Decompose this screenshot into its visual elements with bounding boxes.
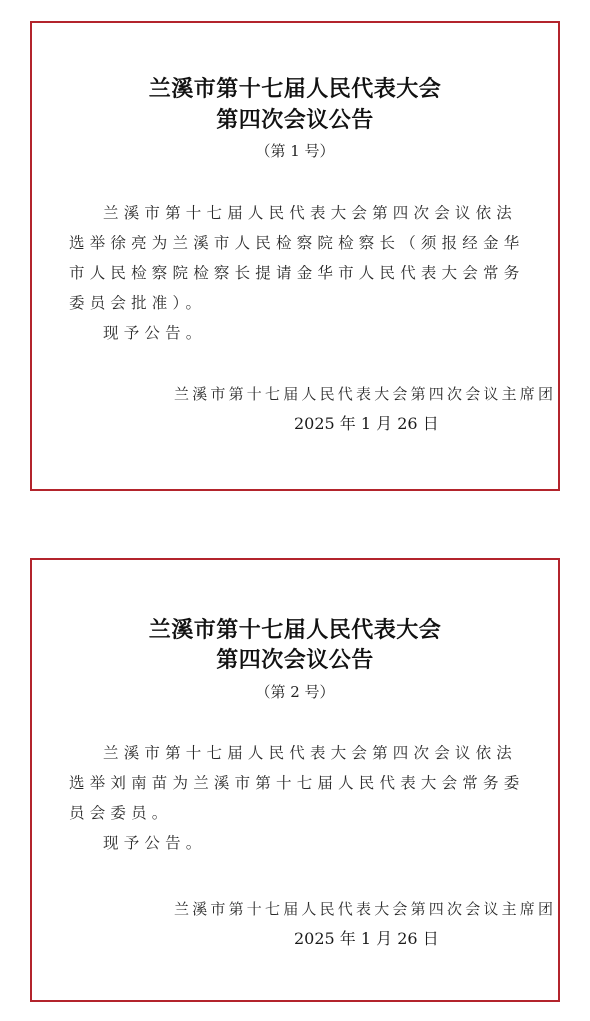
notice-body: 兰溪市第十七届人民代表大会第四次会议依法选举徐亮为兰溪市人民检察院检察长（须报经… [69,198,525,348]
notice-number: （第 1 号） [32,141,558,161]
notice-signature: 兰溪市第十七届人民代表大会第四次会议主席团 [174,384,556,404]
notice-date: 2025 年 1 月 26 日 [294,929,439,949]
notice-title-line1: 兰溪市第十七届人民代表大会 [32,75,558,105]
notice-title-line2: 第四次会议公告 [32,646,558,676]
notice-number: （第 2 号） [32,682,558,702]
notice-paragraph: 兰溪市第十七届人民代表大会第四次会议依法选举刘南苗为兰溪市第十七届人民代表大会常… [69,738,525,828]
notice-paragraph: 现予公告。 [69,318,525,348]
notice-paragraph: 兰溪市第十七届人民代表大会第四次会议依法选举徐亮为兰溪市人民检察院检察长（须报经… [69,198,525,318]
notice-body: 兰溪市第十七届人民代表大会第四次会议依法选举刘南苗为兰溪市第十七届人民代表大会常… [69,738,525,858]
notice-signature: 兰溪市第十七届人民代表大会第四次会议主席团 [174,899,556,919]
notice-title-line1: 兰溪市第十七届人民代表大会 [32,616,558,646]
notice-title-line2: 第四次会议公告 [32,106,558,136]
notice-card-2: 兰溪市第十七届人民代表大会 第四次会议公告 （第 2 号） 兰溪市第十七届人民代… [30,558,560,1002]
notice-card-1: 兰溪市第十七届人民代表大会 第四次会议公告 （第 1 号） 兰溪市第十七届人民代… [30,21,560,491]
notice-date: 2025 年 1 月 26 日 [294,414,439,434]
notice-paragraph: 现予公告。 [69,828,525,858]
